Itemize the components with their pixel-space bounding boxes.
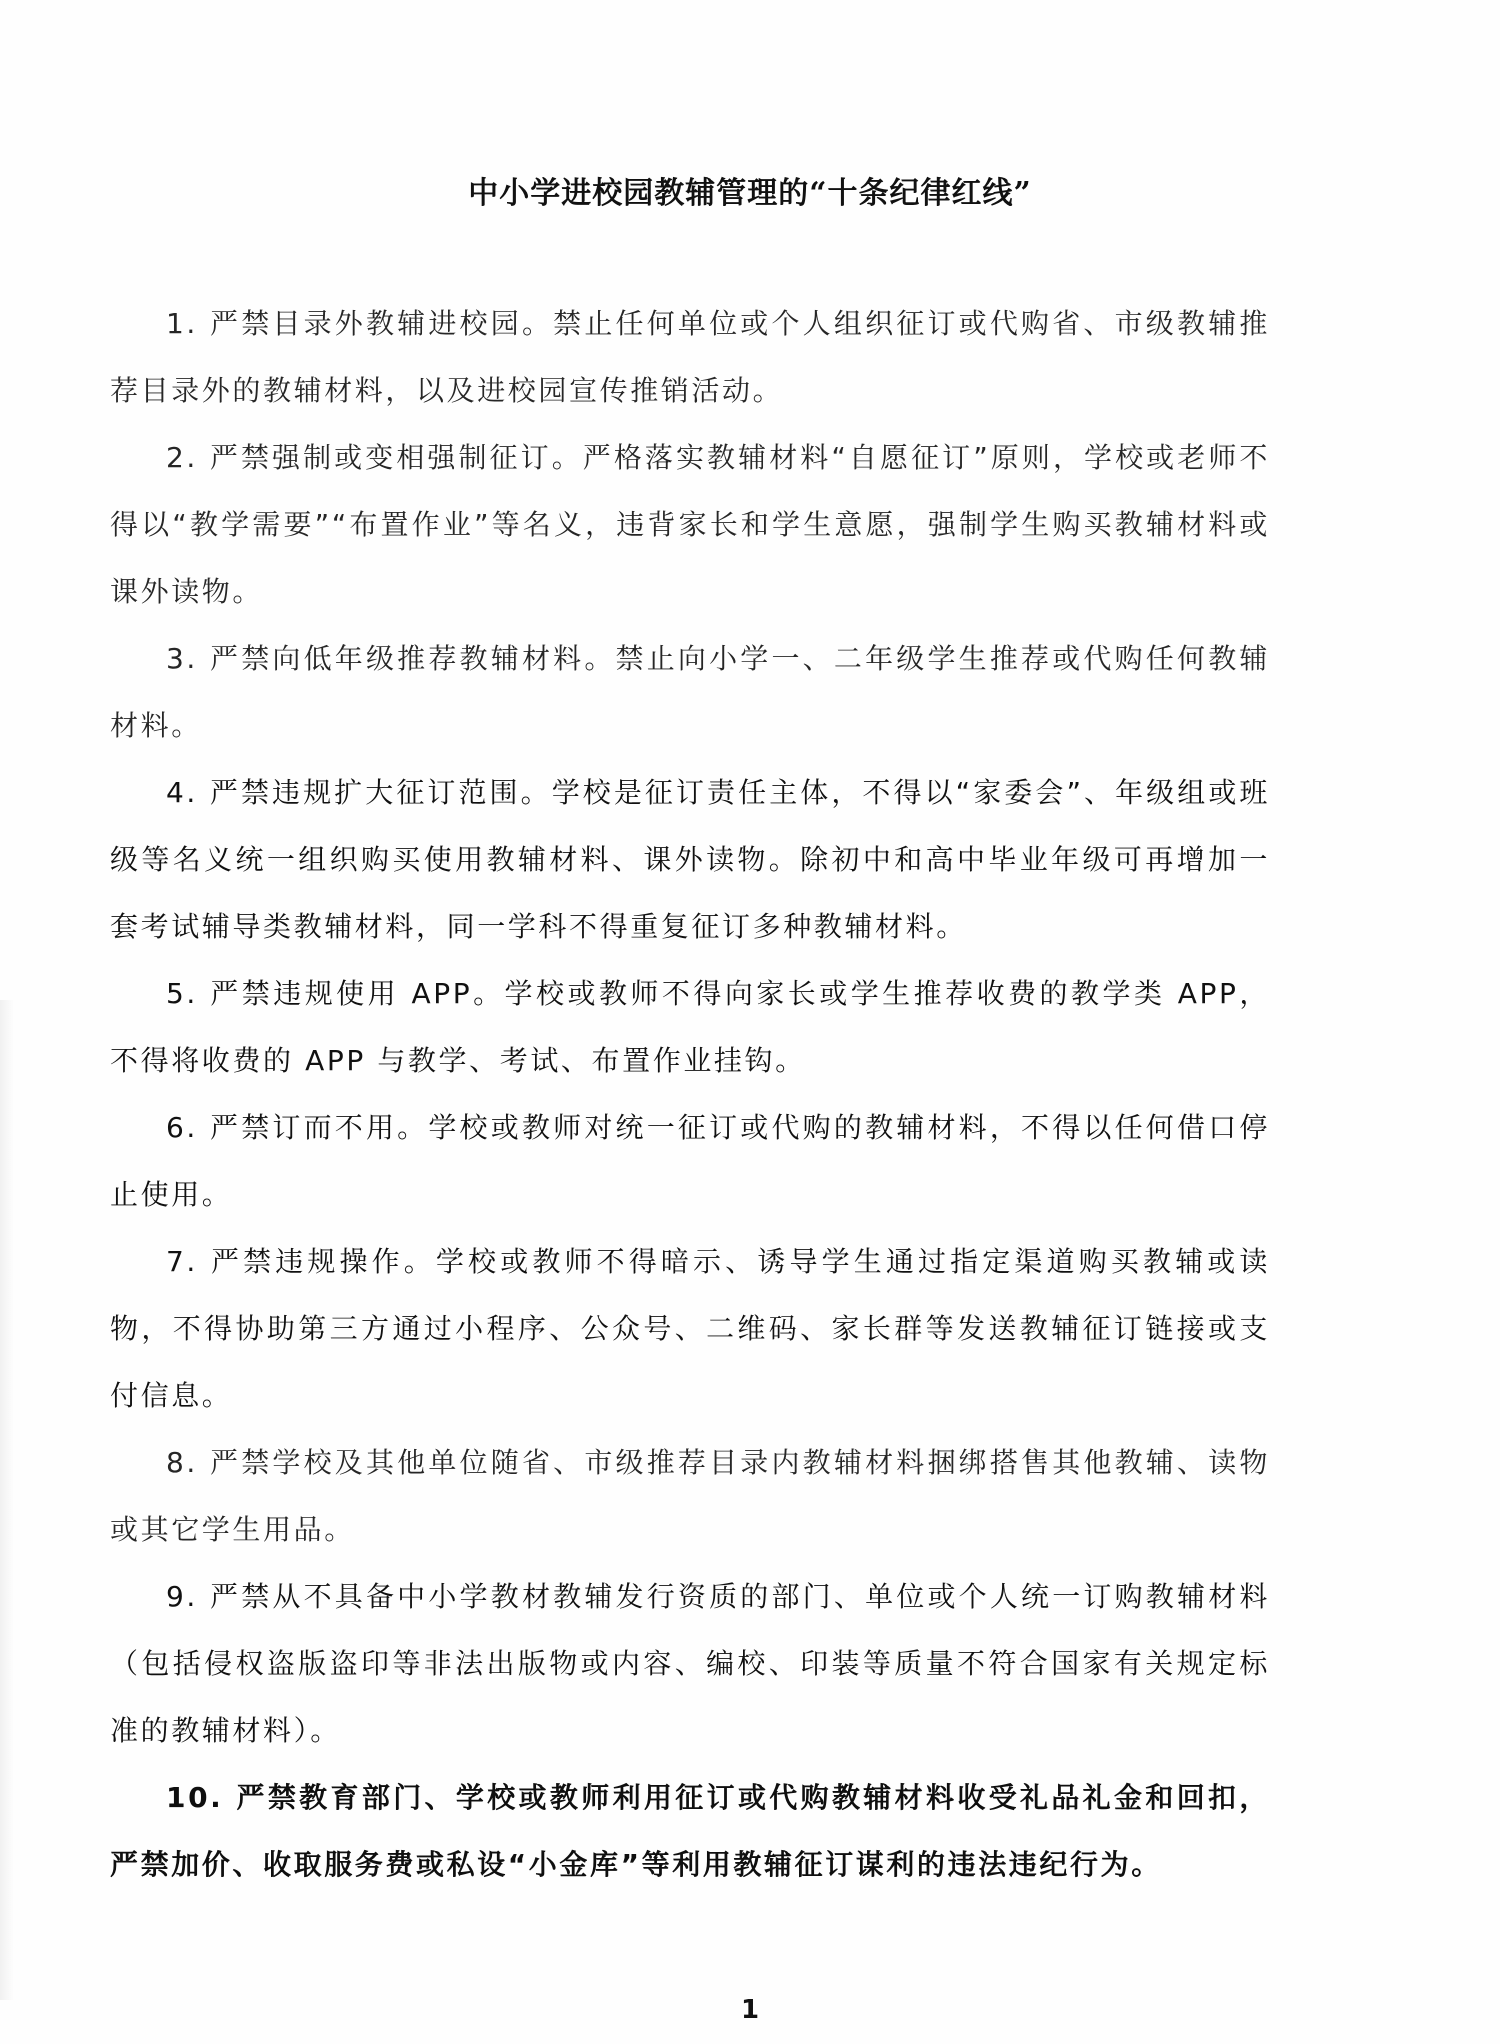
- document-title: 中小学进校园教辅管理的“十条纪律红线”: [0, 168, 1500, 212]
- rule-item-9: 9. 严禁从不具备中小学教材教辅发行资质的部门、单位或个人统一订购教辅材料（包括…: [110, 1563, 1270, 1764]
- document-page: 中小学进校园教辅管理的“十条纪律红线” 1. 严禁目录外教辅进校园。禁止任何单位…: [0, 0, 1500, 2044]
- rule-item-2: 2. 严禁强制或变相强制征订。严格落实教辅材料“自愿征订”原则，学校或老师不得以…: [110, 424, 1270, 625]
- scan-edge-shadow: [0, 1000, 14, 2000]
- rule-item-6: 6. 严禁订而不用。学校或教师对统一征订或代购的教辅材料，不得以任何借口停止使用…: [110, 1094, 1270, 1228]
- rule-item-4: 4. 严禁违规扩大征订范围。学校是征订责任主体，不得以“家委会”、年级组或班级等…: [110, 759, 1270, 960]
- rules-list: 1. 严禁目录外教辅进校园。禁止任何单位或个人组织征订或代购省、市级教辅推荐目录…: [110, 290, 1270, 1898]
- rule-item-7: 7. 严禁违规操作。学校或教师不得暗示、诱导学生通过指定渠道购买教辅或读物，不得…: [110, 1228, 1270, 1429]
- rule-item-8: 8. 严禁学校及其他单位随省、市级推荐目录内教辅材料捆绑搭售其他教辅、读物或其它…: [110, 1429, 1270, 1563]
- rule-item-10: 10. 严禁教育部门、学校或教师利用征订或代购教辅材料收受礼品礼金和回扣，严禁加…: [110, 1764, 1270, 1898]
- page-number: 1: [0, 1995, 1500, 2025]
- rule-item-5: 5. 严禁违规使用 APP。学校或教师不得向家长或学生推荐收费的教学类 APP，…: [110, 960, 1270, 1094]
- rule-item-3: 3. 严禁向低年级推荐教辅材料。禁止向小学一、二年级学生推荐或代购任何教辅材料。: [110, 625, 1270, 759]
- rule-item-1: 1. 严禁目录外教辅进校园。禁止任何单位或个人组织征订或代购省、市级教辅推荐目录…: [110, 290, 1270, 424]
